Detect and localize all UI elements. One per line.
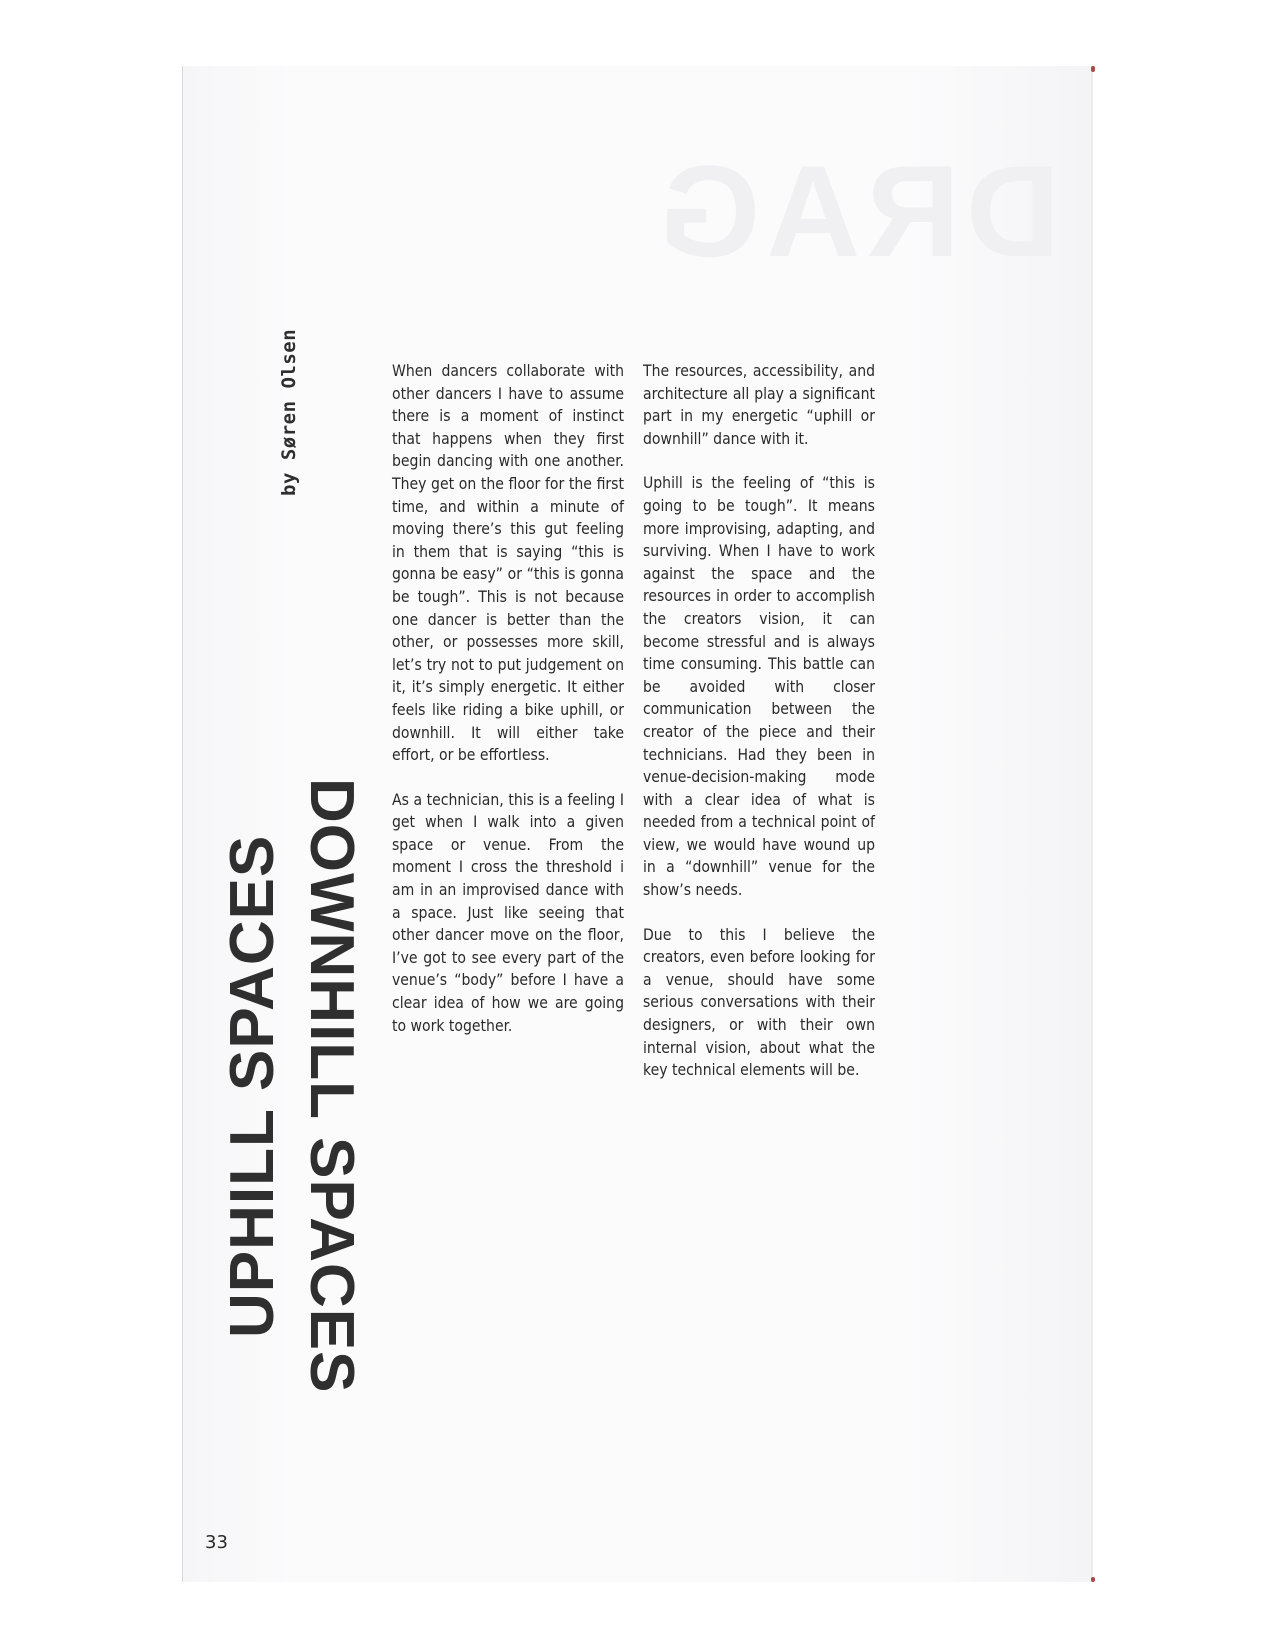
article-byline: by Søren Olsen	[278, 329, 300, 496]
paragraph: As a technician, this is a feeling I get…	[392, 789, 624, 1038]
paragraph: Due to this I believe the creators, even…	[643, 924, 875, 1082]
bleed-through-text: DRAG	[653, 136, 1060, 286]
article-title-uphill: UPHILL SPACES	[228, 835, 278, 1338]
paragraph: When dancers collaborate with other danc…	[392, 360, 624, 767]
paragraph: The resources, accessibility, and archit…	[643, 360, 875, 450]
page-edge-mark-bottom	[1091, 1577, 1095, 1582]
page-number: 33	[205, 1532, 228, 1553]
article-column-left: When dancers collaborate with other danc…	[392, 360, 624, 1059]
article-title-downhill: DOWNHILL SPACES	[306, 778, 356, 1394]
article-column-right: The resources, accessibility, and archit…	[643, 360, 875, 1104]
paragraph: Uphill is the feeling of “this is going …	[643, 472, 875, 901]
page-edge-mark	[1091, 66, 1095, 72]
